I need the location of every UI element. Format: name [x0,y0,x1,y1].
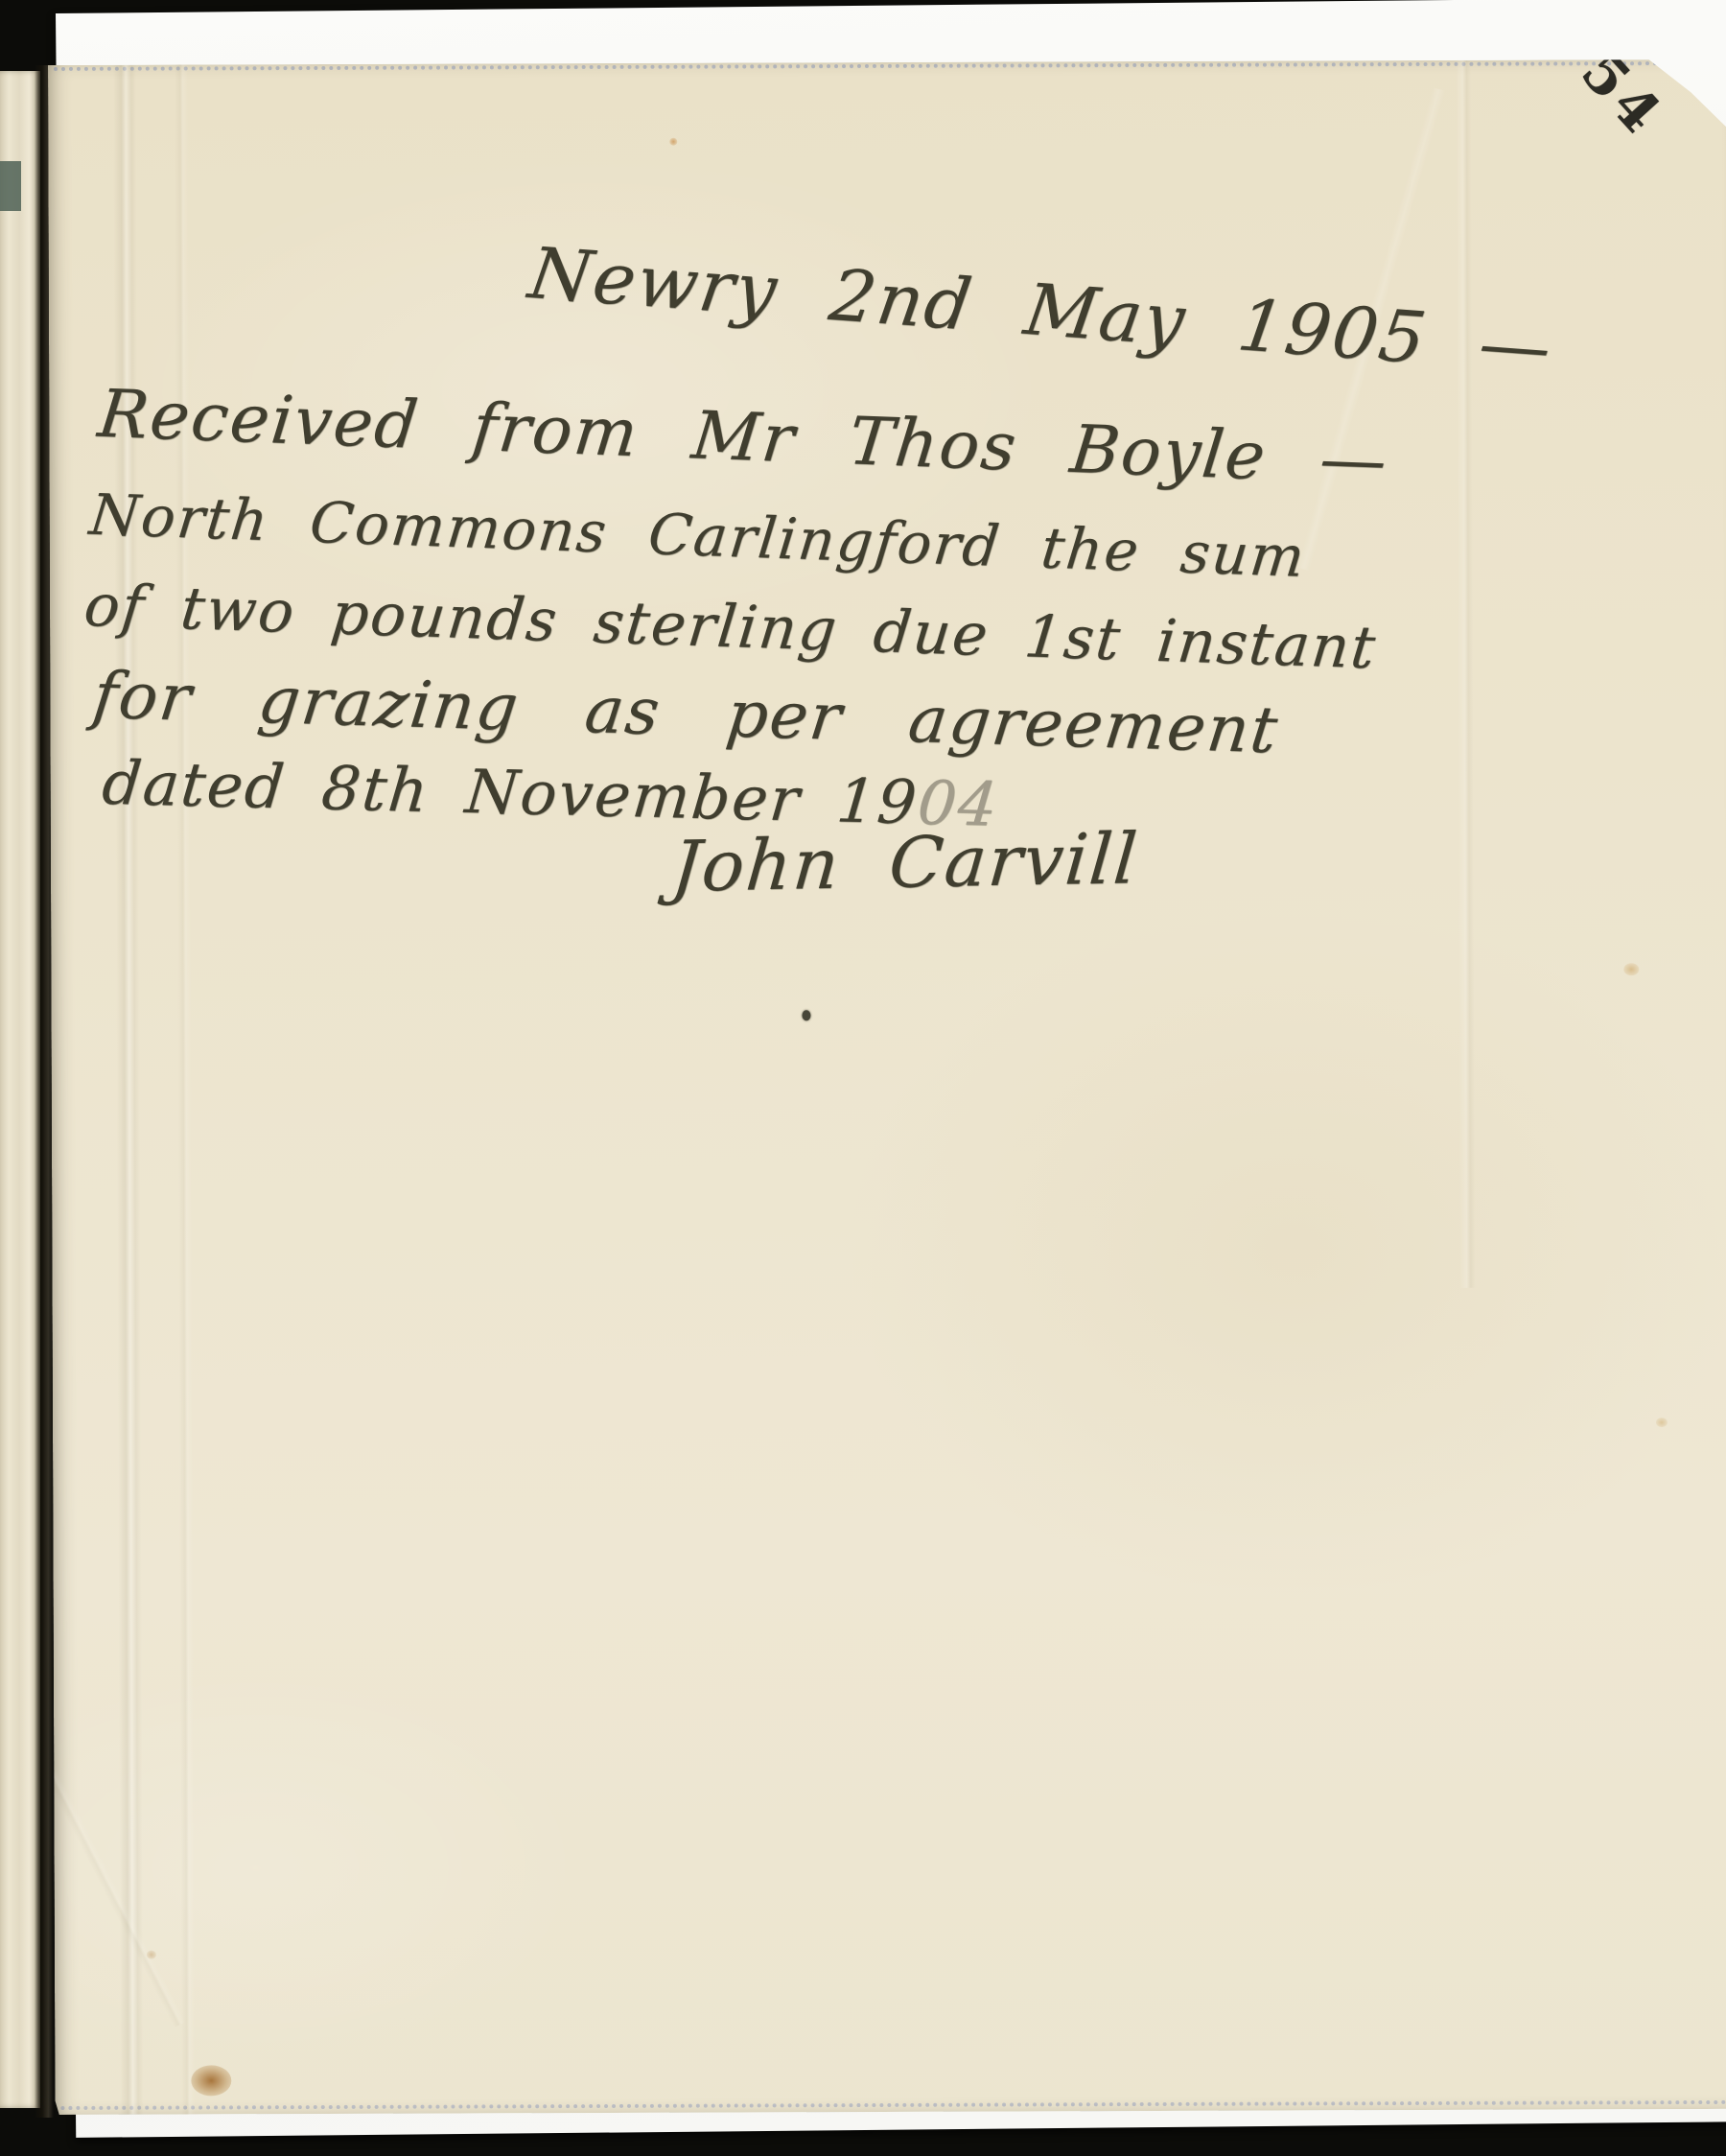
paper-crease [1456,60,1475,1288]
book-scan: 54 Newry 2nd May 1905 — Received from Mr… [0,0,1726,2156]
foxing-stain [669,138,677,146]
handwriting-line-place-date: Newry 2nd May 1905 — [524,232,1558,389]
handwriting-line-received-from: Received from Mr Thos Boyle — [95,376,1392,500]
handwriting-line-address-sum: North Commons Carlingford the sum [86,481,1309,590]
foxing-stain [147,1951,156,1959]
signature: John Carvill [668,818,1141,908]
receipt-page: 54 Newry 2nd May 1905 — Received from Mr… [48,59,1726,2115]
ink-dot [802,1010,810,1020]
paper-crease [175,64,195,2114]
paper-crease [113,65,143,2115]
foxing-stain [1623,963,1639,975]
perforation-edge-bottom [60,2100,1726,2110]
foxing-stain [191,2065,231,2096]
foxing-stain [1656,1418,1668,1427]
binding-cloth [0,161,21,211]
